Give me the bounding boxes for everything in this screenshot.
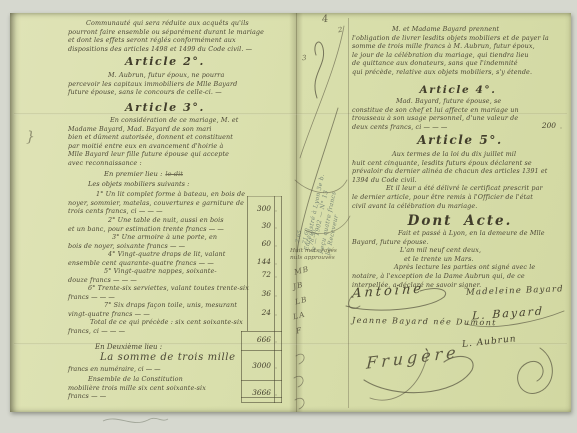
grand-total-amount: 3666„ — [245, 388, 285, 397]
item-5: 5° Vingt-quatre nappes, soixante- douze … — [68, 267, 217, 284]
somme-trois-mille-line: La somme de trois mille — [100, 352, 236, 363]
right-intro-paragraph: M. et Madame Bayard prennent l'obligatio… — [352, 25, 549, 77]
amount-row: 36„ — [245, 289, 285, 298]
article-2-paragraph: M. Aubrun, futur époux, ne pourra percev… — [68, 71, 237, 97]
amount-row: 24„ — [245, 308, 285, 317]
totals-rule — [241, 331, 282, 332]
pencil-squiggle — [103, 418, 168, 422]
article-4-paragraph: Mad. Bayard, future épouse, se constitue… — [352, 97, 519, 131]
premier-lieu-line: En premier lieu :le dit — [104, 170, 183, 178]
item-3: 3° Une armoire à une porte, en bois de n… — [68, 233, 217, 250]
item-7: 7° Six draps façon toile, unis, mesurant… — [68, 301, 237, 318]
deuxieme-lieu-line: En Deuxième lieu : — [95, 343, 162, 351]
totals-rule — [241, 350, 282, 351]
cash-amount: 3000„ — [245, 361, 285, 370]
total-paragraph: Total de ce qui précède : six cent soixa… — [68, 318, 243, 335]
right-margin-rule — [348, 18, 349, 408]
totals-rule — [241, 402, 282, 403]
folio-mark: 3 — [302, 54, 307, 62]
totals-rule — [241, 397, 282, 398]
item-1: 1° Un lit complet forme à bateau, en boi… — [68, 190, 245, 216]
trousseau-amount: 200„ — [530, 121, 570, 130]
totals-box-line — [241, 331, 242, 402]
amount-row: 72„ — [245, 270, 285, 279]
item-6: 6° Trente-six serviettes, valant toutes … — [68, 284, 249, 301]
margin-brace: } — [26, 129, 35, 145]
left-intro-paragraph: Communauté qui sera réduite aux acquêts … — [68, 19, 264, 53]
amount-row: 60„ — [245, 239, 285, 248]
amount-row: 300„ — [245, 204, 285, 213]
closing-paragraph: Fait et passé à Lyon, en la demeure de M… — [352, 229, 545, 289]
folio-mark: 4 — [321, 14, 329, 26]
renvoi-note: Huit mots rayés nuls approuvés — [290, 248, 337, 262]
ensemble-paragraph: Ensemble de la Constitution mobilière tr… — [68, 375, 206, 401]
objets-intro-line: Les objets mobiliers suivants : — [88, 180, 189, 188]
article-5-heading: Article 5°. — [405, 133, 515, 147]
scanned-document-view: Communauté qui sera réduite aux acquêts … — [0, 0, 577, 433]
money-column-top-rule — [247, 196, 282, 197]
center-fold-line — [296, 13, 297, 412]
subtotal-amount: 666„ — [245, 335, 285, 344]
article-3-paragraph: En considération de ce mariage, M. et Ma… — [68, 116, 238, 168]
somme-rest-line: francs en numéraire, ci — — — [68, 365, 161, 373]
amount-row: 30„ — [245, 221, 285, 230]
article-5-paragraph: Aux termes de la loi du dix juillet mil … — [352, 150, 547, 210]
item-2: 2° Une table de nuit, aussi en bois et u… — [68, 216, 224, 233]
dont-acte-heading: Dont Acte. — [400, 213, 520, 229]
amount-row: 144„ — [245, 257, 285, 266]
struck-words: le dit — [165, 170, 183, 178]
article-2-heading: Article 2°. — [120, 55, 210, 68]
item-4: 4° Vingt-quatre draps de lit, valant ens… — [68, 250, 226, 267]
article-4-heading: Article 4°. — [408, 84, 508, 96]
article-3-heading: Article 3°. — [120, 101, 210, 114]
totals-rule — [241, 380, 282, 381]
